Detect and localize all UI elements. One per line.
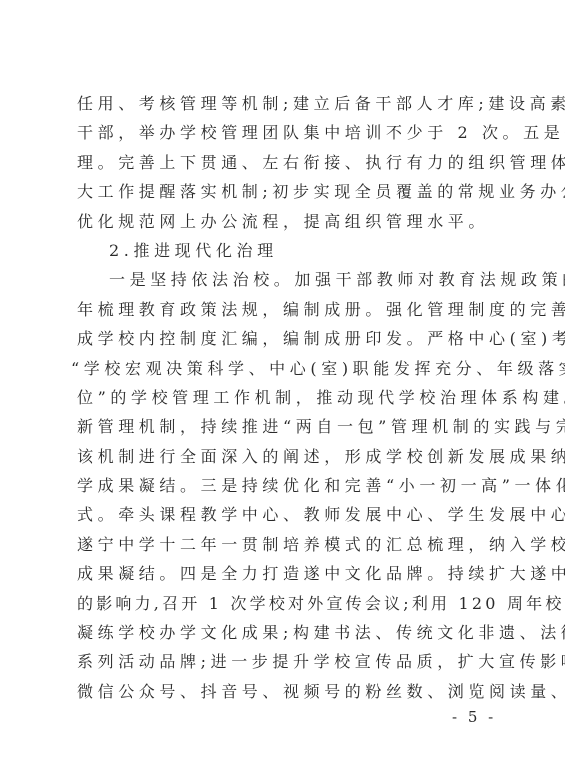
text-line: 干部，举办学校管理团队集中培训不少于 2 次。五是优化组织管 [77,118,497,147]
document-page: 任用、考核管理等机制;建立后备干部人才库;建设高素质复合型 干部，举办学校管理团… [0,0,565,780]
text-line: 新管理机制，持续推进“两自一包”管理机制的实践与完善。对 [77,412,497,441]
text-line: 微信公众号、抖音号、视频号的粉丝数、浏览阅读量、点赞数、 [77,677,497,706]
section-heading: 2.推进现代化治理 [77,236,497,265]
text-line: 优化规范网上办公流程，提高组织管理水平。 [77,207,497,236]
text-line: 遂宁中学十二年一贯制培养模式的汇总梳理，纳入学校办学文化 [77,530,497,559]
body-text: 任用、考核管理等机制;建立后备干部人才库;建设高素质复合型 干部，举办学校管理团… [77,89,497,706]
text-line: 年梳理教育政策法规，编制成册。强化管理制度的完善和落实形 [77,295,497,324]
text-line: 大工作提醒落实机制;初步实现全员覆盖的常规业务办公智能化， [77,177,497,206]
page-number: - 5 - [452,708,496,726]
text-line: 成果凝结。四是全力打造遂中文化品牌。持续扩大遂中文化品牌 [77,559,497,588]
text-line: 的影响力,召开 1 次学校对外宣传会议;利用 120 周年校庆的契机 [77,589,497,618]
paragraph-start: 一是坚持依法治校。加强干部教师对教育法规政策的研读每 [77,265,497,294]
text-line: 成学校内控制度汇编，编制成册印发。严格中心(室)考核，建立 [77,324,497,353]
text-line: 该机制进行全面深入的阐述，形成学校创新发展成果纳人学校办 [77,442,497,471]
text-line: 式。牵头课程教学中心、教师发展中心、学生发展中心等，完成 [77,500,497,529]
text-line: 任用、考核管理等机制;建立后备干部人才库;建设高素质复合型 [77,89,497,118]
text-line: 位”的学校管理工作机制，推动现代学校治理体系构建。二是创 [77,383,497,412]
text-line: 系列活动品牌;进一步提升学校宣传品质，扩大宣传影响力，力争 [77,647,497,676]
text-line: 凝练学校办学文化成果;构建书法、传统文化非遗、法律等进校园 [77,618,497,647]
text-line: 学成果凝结。三是持续优化和完善“小一初一高”一体化培养模 [77,471,497,500]
text-line: “学校宏观决策科学、中心(室)职能发挥充分、年级落实工作到 [71,354,497,383]
text-line: 理。完善上下贯通、左右衔接、执行有力的组织管理体系;建立重 [77,148,497,177]
